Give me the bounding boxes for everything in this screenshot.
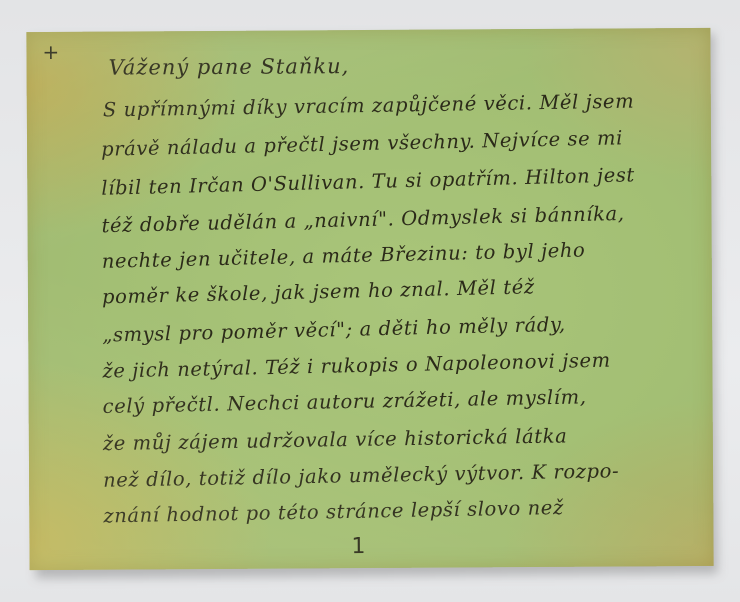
letter-line-3: líbil ten Irčan O'Sullivan. Tu si opatří… <box>101 165 635 198</box>
letter-line-4: též dobře udělán a „naivní". Odmyslek si… <box>101 204 624 236</box>
page-number: 1 <box>351 534 365 559</box>
letter-sheet: + Vážený pane Staňku, S upřímnými díky v… <box>26 28 713 570</box>
letter-line-5: nechte jen učitele, a máte Březinu: to b… <box>102 240 586 271</box>
letter-line-1: S upřímnými díky vracím zapůjčené věci. … <box>103 92 635 120</box>
letter-line-9: celý přečtl. Nechci autoru zrážeti, ale … <box>102 387 586 416</box>
letter-line-6: poměr ke škole, jak jsem ho znal. Měl té… <box>102 277 535 307</box>
letter-body: Vážený pane Staňku, S upřímnými díky vra… <box>26 28 713 570</box>
letter-line-8: že jich netýral. Též i rukopis o Napoleo… <box>102 351 611 382</box>
letter-line-2: právě náladu a přečtl jsem všechny. Nejv… <box>101 128 623 159</box>
letter-line-11: než dílo, totiž dílo jako umělecký výtvo… <box>103 461 619 490</box>
letter-line-10: že můj zájem udržovala více historická l… <box>103 426 568 453</box>
letter-line-7: „smysl pro poměr věcí"; a děti ho měly r… <box>102 315 566 345</box>
salutation: Vážený pane Staňku, <box>109 56 350 78</box>
letter-line-12: znání hodnot po této stránce lepší slovo… <box>103 498 564 526</box>
